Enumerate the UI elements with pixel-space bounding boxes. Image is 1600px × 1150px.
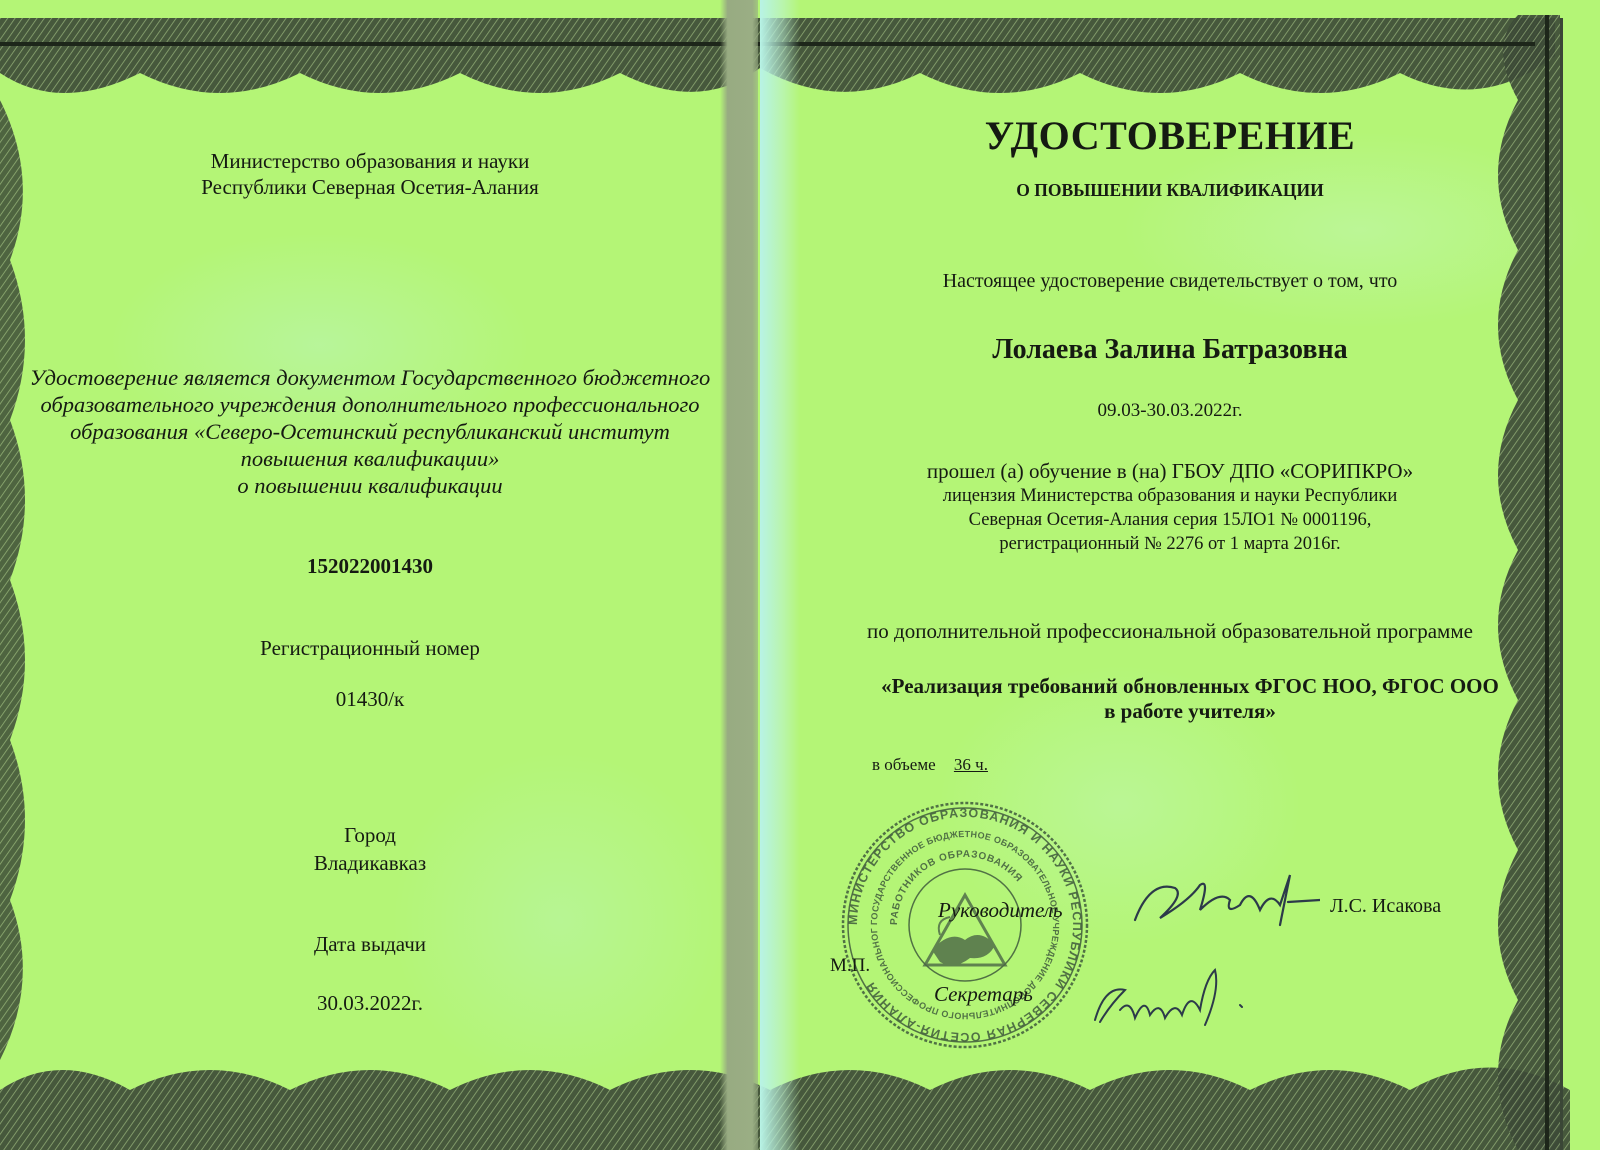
registration-number: 01430/к xyxy=(0,686,740,712)
secretary-signature xyxy=(1090,960,1260,1030)
license-line: Северная Осетия-Алания серия 15ЛО1 № 000… xyxy=(790,508,1550,532)
ministry-line-2: Республики Северная Осетия-Алания xyxy=(0,174,740,200)
svg-text:МИНИСТЕРСТВО ОБРАЗОВАНИЯ И НАУ: МИНИСТЕРСТВО ОБРАЗОВАНИЯ И НАУКИ РЕСПУБЛ… xyxy=(846,806,1084,1044)
certificate-sheet: Министерство образования и науки Республ… xyxy=(0,0,1600,1150)
official-seal-icon: МИНИСТЕРСТВО ОБРАЗОВАНИЯ И НАУКИ РЕСПУБЛ… xyxy=(840,800,1090,1050)
head-name: Л.С. Исакова xyxy=(1330,895,1441,918)
statement-line: о повышении квалификации xyxy=(0,472,740,499)
frame-line-right-outer xyxy=(1560,18,1563,1150)
program-title: «Реализация требований обновленных ФГОС … xyxy=(810,674,1570,724)
ministry-line-1: Министерство образования и науки xyxy=(0,148,740,174)
left-page: Министерство образования и науки Республ… xyxy=(0,0,740,1150)
stamp-mark-label: М.П. xyxy=(830,955,870,977)
issue-date: 30.03.2022г. xyxy=(0,990,740,1016)
statement-line: образования «Северо-Осетинский республик… xyxy=(0,418,740,445)
certificate-title: УДОСТОВЕРЕНИЕ xyxy=(790,112,1550,159)
certificate-number: 152022001430 xyxy=(0,553,740,579)
volume-label: в объеме xyxy=(872,755,936,774)
recipient-name: Лолаева Залина Батразовна xyxy=(790,334,1550,366)
program-line: «Реализация требований обновленных ФГОС … xyxy=(810,674,1570,699)
training-institution: прошел (а) обучение в (на) ГБОУ ДПО «СОР… xyxy=(790,458,1550,484)
course-volume: в объеме 36 ч. xyxy=(872,755,988,775)
city-name: Владикавказ xyxy=(0,850,740,876)
license-info: лицензия Министерства образования и наук… xyxy=(790,484,1550,556)
head-label: Руководитель xyxy=(938,898,1063,923)
registration-number-label: Регистрационный номер xyxy=(0,635,740,661)
head-signature xyxy=(1130,870,1320,930)
statement-line: Удостоверение является документом Госуда… xyxy=(0,364,740,391)
certifies-text: Настоящее удостоверение свидетельствует … xyxy=(790,268,1550,294)
ministry-name: Министерство образования и науки Республ… xyxy=(0,148,740,200)
volume-hours: 36 ч. xyxy=(954,755,988,774)
program-intro: по дополнительной профессиональной образ… xyxy=(790,618,1550,644)
program-line: в работе учителя» xyxy=(810,699,1570,724)
statement-line: повышения квалификации» xyxy=(0,445,740,472)
certificate-subtitle: О ПОВЫШЕНИИ КВАЛИФИКАЦИИ xyxy=(790,180,1550,201)
secretary-label: Секретарь xyxy=(934,982,1033,1007)
issue-date-label: Дата выдачи xyxy=(0,931,740,957)
statement-line: образовательного учреждения дополнительн… xyxy=(0,391,740,418)
city-label: Город xyxy=(0,822,740,848)
license-line: лицензия Министерства образования и наук… xyxy=(790,484,1550,508)
training-period: 09.03-30.03.2022г. xyxy=(790,398,1550,424)
right-page: УДОСТОВЕРЕНИЕ О ПОВЫШЕНИИ КВАЛИФИКАЦИИ Н… xyxy=(790,0,1550,1150)
certificate-statement: Удостоверение является документом Госуда… xyxy=(0,364,740,499)
license-line: регистрационный № 2276 от 1 марта 2016г. xyxy=(790,532,1550,556)
